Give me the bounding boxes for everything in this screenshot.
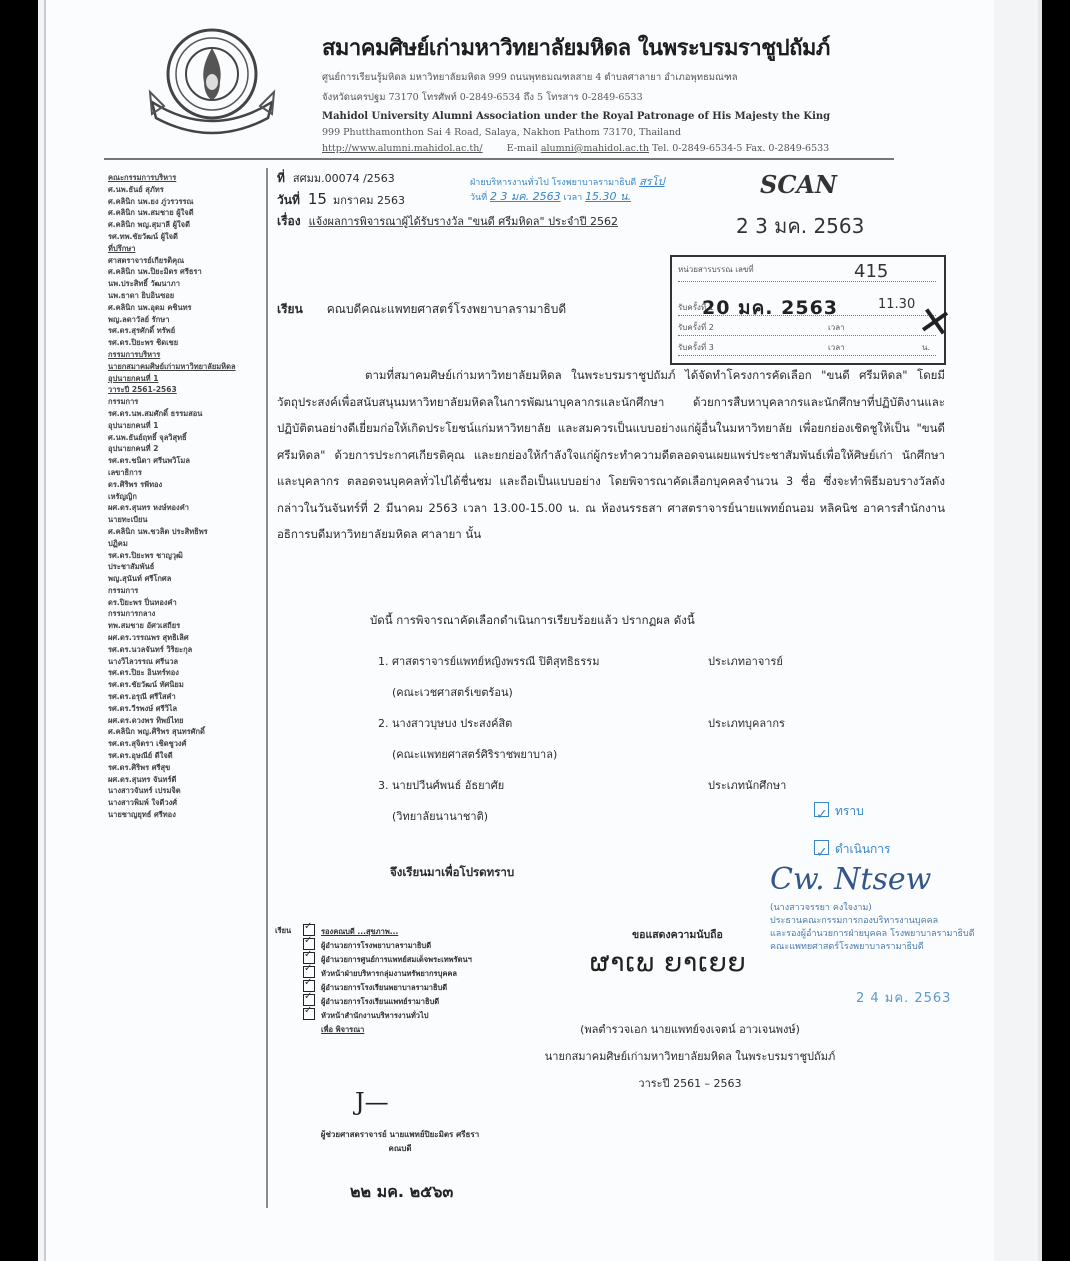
header-divider bbox=[104, 158, 894, 160]
address-th-1: ศูนย์การเรียนรู้มหิดล มหาวิทยาลัยมหิดล 9… bbox=[322, 70, 922, 85]
respect-line: ขอแสดงความนับถือ bbox=[632, 926, 723, 943]
dean-date: ๒๒ มค. ๒๕๖๓ bbox=[350, 1180, 453, 1205]
subject-label: เรื่อง bbox=[277, 214, 301, 228]
sidebar-committee-entry: กรรมการบริหาร bbox=[108, 349, 268, 361]
awardee-item: 2. นางสาวบุษบง ประสงค์สิต(คณะแพทยศาสตร์ศ… bbox=[378, 708, 878, 770]
president-signature: ຜາເພ ຍາເຍຍ bbox=[590, 948, 747, 978]
receive-stamp-date: 2 3 มค. 2563 bbox=[490, 190, 561, 203]
awardee-category: ประเภทอาจารย์ bbox=[708, 646, 783, 677]
sidebar-committee-entry: รศ.ดร.อรุณี ศรีใสคำ bbox=[108, 691, 268, 703]
ack-option-acknowledge[interactable]: ทราบ bbox=[814, 792, 891, 830]
box-title: หน่วยสารบรรณ เลขที่ bbox=[678, 265, 754, 274]
dean-title-line1: ผู้ช่วยศาสตราจารย์ นายแพทย์ปิยะมิตร ศรีธ… bbox=[300, 1128, 500, 1142]
ack-signer-block: (นางสาวจรรยา คงใจงาม) ประธานคณะกรรมการกอ… bbox=[770, 902, 975, 954]
box-row1-date: 20 มค. 2563 bbox=[702, 293, 838, 323]
results-intro: บัดนี้ การพิจารณาคัดเลือกดำเนินการเรียบร… bbox=[370, 612, 695, 630]
box-row2-time-label: เวลา bbox=[828, 321, 845, 334]
tel-fax: Tel. 0-2849-6534-5 Fax. 0-2849-6533 bbox=[652, 143, 829, 154]
sidebar-committee-entry: รศ.ดร.สุรศักดิ์ ทรัพย์ bbox=[108, 325, 268, 337]
routing-item[interactable]: หัวหน้าฝ่ายบริหารกลุ่มงานทรัพยากรบุคคล bbox=[303, 966, 563, 980]
receive-date-label: วันที่ bbox=[470, 193, 487, 203]
sidebar-committee-entry: กรรมการกลาง bbox=[108, 608, 268, 620]
awardee-name: 2. นางสาวบุษบง ประสงค์สิต bbox=[378, 708, 512, 739]
sidebar-committee-entry: ศ.คลินิก พญ.สุมาลี ผู้ใจดี bbox=[108, 219, 268, 231]
awardee-department: (คณะเวชศาสตร์เขตร้อน) bbox=[392, 677, 513, 708]
sidebar-committee-entry: นางวิไลวรรณ ศรีนวล bbox=[108, 656, 268, 668]
dean-title-line2: คณบดี bbox=[300, 1142, 500, 1156]
routing-item[interactable]: ผู้อำนวยการโรงเรียนพยาบาลรามาธิบดี bbox=[303, 980, 563, 994]
sidebar-committee-entry: เลขาธิการ bbox=[108, 467, 268, 479]
sidebar-committee-entry: รศ.ดร.ศิริพร ศรีสุข bbox=[108, 762, 268, 774]
sidebar-divider bbox=[266, 168, 268, 1208]
sidebar-committee-entry: ศ.คลินิก นพ.สมชาย ผู้ใจดี bbox=[108, 207, 268, 219]
sidebar-committee-entry: รศ.ดร.สุจิตรา เชิดชูวงศ์ bbox=[108, 738, 268, 750]
sidebar-committee-entry: รศ.ดร.ปิยะ อินทร์ทอง bbox=[108, 667, 268, 679]
website-link[interactable]: http://www.alumni.mahidol.ac.th/ bbox=[322, 143, 483, 154]
awardee-category: ประเภทบุคลากร bbox=[708, 708, 785, 739]
address-th-2: จังหวัดนครปฐม 73170 โทรศัพท์ 0-2849-6534… bbox=[322, 90, 922, 105]
awardee-category: ประเภทนักศึกษา bbox=[708, 770, 786, 801]
committee-sidebar: คณะกรรมการบริหารศ.นพ.ธันย์ สุภัทรศ.คลินิ… bbox=[108, 172, 268, 821]
awardee-name: 1. ศาสตราจารย์แพทย์หญิงพรรณี ปิติสุทธิธร… bbox=[378, 646, 599, 677]
sidebar-committee-entry: นพ.ประสิทธิ์ วัฒนาภา bbox=[108, 278, 268, 290]
sidebar-committee-entry: คณะกรรมการบริหาร bbox=[108, 172, 268, 184]
sidebar-committee-entry: ที่ปรึกษา bbox=[108, 243, 268, 255]
university-seal-logo bbox=[142, 22, 282, 142]
subject-value: แจ้งผลการพิจารณาผู้ได้รับรางวัล "ขนดี ศร… bbox=[309, 215, 618, 228]
sidebar-committee-entry: ดร.ปิยะพร ปิ่นทองคำ bbox=[108, 597, 268, 609]
sidebar-committee-entry: กรรมการ bbox=[108, 585, 268, 597]
sidebar-committee-entry: นายชาญยุทธ์ ศรีทอง bbox=[108, 809, 268, 821]
sidebar-committee-entry: รศ.ดร.ปิยะพร ชาญวุฒิ bbox=[108, 550, 268, 562]
receive-stamp-time: 15.30 น. bbox=[585, 190, 631, 203]
awardee-item: 3. นายปวีนศ์พนธ์ อัธยาศัย(วิทยาลัยนานาชา… bbox=[378, 770, 878, 832]
receive-stamp-no: สรโป bbox=[639, 175, 665, 188]
sidebar-committee-entry: อุปนายกคนที่ 1 bbox=[108, 373, 268, 385]
sidebar-committee-entry: ปฏิคม bbox=[108, 538, 268, 550]
routing-item[interactable]: ผู้อำนวยการศูนย์การแพทย์สมเด็จพระเทพรัตน… bbox=[303, 952, 563, 966]
routing-item[interactable]: ผู้อำนวยการโรงเรียนแพทย์รามาธิบดี bbox=[303, 994, 563, 1008]
email-link[interactable]: alumni@mahidol.ac.th bbox=[541, 143, 649, 154]
date-label: วันที่ bbox=[277, 193, 300, 207]
sidebar-committee-entry: พญ.สุนันท์ ศรีโกศล bbox=[108, 573, 268, 585]
box-number: 415 bbox=[854, 261, 888, 282]
scan-date: 2 3 มค. 2563 bbox=[736, 210, 864, 242]
ack-signer-line3: คณะแพทยศาสตร์โรงพยาบาลรามาธิบดี bbox=[770, 941, 975, 954]
routing-item[interactable]: หัวหน้าสำนักงานบริหารงานทั่วไป bbox=[303, 1008, 563, 1022]
box-row2-label: รับครั้งที่ 2 bbox=[678, 323, 714, 332]
checkbox-checked-icon bbox=[814, 840, 829, 855]
sidebar-committee-entry: นพ.ธาดา ยิบอินซอย bbox=[108, 290, 268, 302]
routing-item-label: ผู้อำนวยการโรงเรียนแพทย์รามาธิบดี bbox=[321, 997, 439, 1006]
sidebar-committee-entry: รศ.ทพ.ชัยวัฒน์ ผู้ใจดี bbox=[108, 231, 268, 243]
sidebar-committee-entry: ผศ.ดร.สุนทร หงษ์ทองคำ bbox=[108, 502, 268, 514]
address-en: 999 Phutthamonthon Sai 4 Road, Salaya, N… bbox=[322, 127, 922, 138]
routing-item-label: เพื่อ พิจารณา bbox=[321, 1025, 364, 1034]
routing-label: เรียน bbox=[275, 924, 291, 937]
sidebar-committee-entry: ศ.นพ.ธันย์ สุภัทร bbox=[108, 184, 268, 196]
sidebar-committee-entry: รศ.ดร.นพ.สมศักดิ์ ธรรมสอน bbox=[108, 408, 268, 420]
checkbox-checked-icon bbox=[814, 802, 829, 817]
awardee-name: 3. นายปวีนศ์พนธ์ อัธยาศัย bbox=[378, 770, 504, 801]
to-value: คณบดีคณะแพทยศาสตร์โรงพยาบาลรามาธิบดี bbox=[327, 302, 566, 316]
sidebar-committee-entry: รศ.ดร.ชัยวัฒน์ ทัศนิยม bbox=[108, 679, 268, 691]
contact-line: http://www.alumni.mahidol.ac.th/ E-mail … bbox=[322, 143, 922, 154]
routing-item[interactable]: ผู้อำนวยการโรงพยาบาลรามาธิบดี bbox=[303, 938, 563, 952]
dean-title-block: ผู้ช่วยศาสตราจารย์ นายแพทย์ปิยะมิตร ศรีธ… bbox=[300, 1128, 500, 1156]
president-title: นายกสมาคมศิษย์เก่ามหาวิทยาลัยมหิดล ในพระ… bbox=[470, 1043, 910, 1070]
date-day: 15 bbox=[308, 190, 327, 208]
awardee-department: (คณะแพทยศาสตร์ศิริราชพยาบาล) bbox=[392, 739, 557, 770]
org-name-en: Mahidol University Alumni Association un… bbox=[322, 111, 922, 122]
ack-signer-line1: ประธานคณะกรรมการกองบริหารงานบุคคล bbox=[770, 915, 975, 928]
routing-item-label: หัวหน้าสำนักงานบริหารงานทั่วไป bbox=[321, 1011, 429, 1020]
dean-initial-signature: J— bbox=[355, 1088, 389, 1116]
sidebar-committee-entry: นางสาวพิมพ์ ใจดีวงศ์ bbox=[108, 797, 268, 809]
routing-list: รองคณบดี ...สุขภาพ...ผู้อำนวยการโรงพยาบา… bbox=[303, 924, 563, 1036]
ref-no-label: ที่ bbox=[277, 171, 285, 185]
sidebar-committee-entry: ศ.นพ.ธันย์ฤทธิ์ จุลวิสุทธิ์ bbox=[108, 432, 268, 444]
ack-date: 2 4 มค. 2563 bbox=[856, 987, 951, 1008]
sidebar-committee-entry: รศ.ดร.อุษณีย์ ดีใจดี bbox=[108, 750, 268, 762]
ack-signer-name: (นางสาวจรรยา คงใจงาม) bbox=[770, 902, 975, 915]
routing-item-label: ผู้อำนวยการโรงพยาบาลรามาธิบดี bbox=[321, 941, 431, 950]
routing-item[interactable]: เพื่อ พิจารณา bbox=[303, 1022, 563, 1036]
sidebar-committee-entry: อุปนายกคนที่ 2 bbox=[108, 443, 268, 455]
routing-item[interactable]: รองคณบดี ...สุขภาพ... bbox=[303, 924, 563, 938]
sidebar-committee-entry: ทพ.สมชาย อัศวเสถียร bbox=[108, 620, 268, 632]
ack-signer-line2: และรองผู้อำนวยการฝ่ายบุคคล โรงพยาบาลรามา… bbox=[770, 928, 975, 941]
routing-item-label: ผู้อำนวยการศูนย์การแพทย์สมเด็จพระเทพรัตน… bbox=[321, 955, 472, 964]
letterhead: สมาคมศิษย์เก่ามหาวิทยาลัยมหิดล ในพระบรมร… bbox=[322, 30, 922, 154]
date-rest: มกราคม 2563 bbox=[333, 194, 405, 207]
body-paragraph: ตามที่สมาคมศิษย์เก่ามหาวิทยาลัยมหิดล ในพ… bbox=[277, 362, 945, 548]
sidebar-committee-entry: รศ.ดร.นวลจันทร์ วิริยะกุล bbox=[108, 644, 268, 656]
ack-signature: Cw. Ntsew bbox=[770, 862, 931, 897]
sidebar-committee-entry: ศ.คลินิก นพ.ยง ภู่วรวรรณ bbox=[108, 196, 268, 208]
sidebar-committee-entry: รศ.ดร.ชนิดา ศรีนพวิโมล bbox=[108, 455, 268, 467]
sidebar-committee-entry: รศ.ดร.ปิยะพร ชิดเชย bbox=[108, 337, 268, 349]
box-row3-time-label: เวลา bbox=[828, 341, 845, 354]
receive-stamp-title: ฝ่ายบริหารงานทั่วไป โรงพยาบาลรามาธิบดี bbox=[470, 178, 636, 188]
checkbox-checked-icon[interactable] bbox=[303, 1008, 315, 1020]
sidebar-committee-entry: ศ.คลินิก นพ.อุดม คชินทร bbox=[108, 302, 268, 314]
awardee-list: 1. ศาสตราจารย์แพทย์หญิงพรรณี ปิติสุทธิธร… bbox=[378, 646, 878, 832]
routing-item-label: ผู้อำนวยการโรงเรียนพยาบาลรามาธิบดี bbox=[321, 983, 447, 992]
routing-item-label: หัวหน้าฝ่ายบริหารกลุ่มงานทรัพยากรบุคคล bbox=[321, 969, 457, 978]
box-row3-label: รับครั้งที่ 3 bbox=[678, 343, 714, 352]
sidebar-committee-entry: พญ.ลดาวัลย์ รักษา bbox=[108, 314, 268, 326]
president-term: วาระปี 2561 – 2563 bbox=[470, 1070, 910, 1097]
page-edge bbox=[1038, 0, 1042, 1261]
to-label: เรียน bbox=[277, 302, 303, 316]
sidebar-committee-entry: นายทะเบียน bbox=[108, 514, 268, 526]
sidebar-committee-entry: รศ.ดร.วีรพงษ์ ศรีวิไล bbox=[108, 703, 268, 715]
ref-no-value: สศมม.00074 /2563 bbox=[293, 172, 395, 185]
sidebar-committee-entry: ผศ.ดร.สุนทร จันทร์ดี bbox=[108, 774, 268, 786]
receive-stamp-blue: ฝ่ายบริหารงานทั่วไป โรงพยาบาลรามาธิบดี ส… bbox=[470, 175, 665, 205]
sidebar-committee-entry: ศาสตราจารย์เกียรติคุณ bbox=[108, 255, 268, 267]
org-name-th: สมาคมศิษย์เก่ามหาวิทยาลัยมหิดล ในพระบรมร… bbox=[322, 30, 922, 65]
registry-receive-box: หน่วยสารบรรณ เลขที่415 รับครั้งที่ 120 ม… bbox=[670, 255, 946, 365]
email-label: E-mail bbox=[507, 143, 538, 154]
awardee-item: 1. ศาสตราจารย์แพทย์หญิงพรรณี ปิติสุทธิธร… bbox=[378, 646, 878, 708]
sidebar-committee-entry: วาระปี 2561-2563 bbox=[108, 384, 268, 396]
routing-item-label: รองคณบดี ...สุขภาพ... bbox=[321, 927, 398, 936]
sidebar-committee-entry: ศ.คลินิก พญ.ศิริพร สุนทรศักดิ์ bbox=[108, 726, 268, 738]
sidebar-committee-entry: ศ.คลินิก นพ.ชวลิต ประสิทธิพร bbox=[108, 526, 268, 538]
sidebar-committee-entry: กรรมการ bbox=[108, 396, 268, 408]
sidebar-committee-entry: ผศ.ดร.ดวงพร ทิพย์ไทย bbox=[108, 715, 268, 727]
sidebar-committee-entry: เหรัญญิก bbox=[108, 491, 268, 503]
acknowledgement-options: ทราบ ดำเนินการ bbox=[814, 792, 891, 868]
sidebar-committee-entry: นายกสมาคมศิษย์เก่ามหาวิทยาลัยมหิดล bbox=[108, 361, 268, 373]
sidebar-committee-entry: ศ.คลินิก นพ.ปิยะมิตร ศรีธรา bbox=[108, 266, 268, 278]
sidebar-committee-entry: นางสาวจันทร์ เปรมจิต bbox=[108, 785, 268, 797]
scan-stamp: SCAN bbox=[760, 170, 837, 199]
box-row1-time: 11.30 bbox=[878, 297, 915, 312]
sidebar-committee-entry: ดร.ศิริพร รพีทอง bbox=[108, 479, 268, 491]
awardee-department: (วิทยาลัยนานาชาติ) bbox=[392, 801, 488, 832]
closing-line: จึงเรียนมาเพื่อโปรดทราบ bbox=[390, 864, 514, 882]
receive-time-label: เวลา bbox=[563, 193, 582, 203]
sidebar-committee-entry: ผศ.ดร.วรรณพร สุทธิเลิศ bbox=[108, 632, 268, 644]
letter-body: ตามที่สมาคมศิษย์เก่ามหาวิทยาลัยมหิดล ในพ… bbox=[277, 362, 945, 548]
sidebar-committee-entry: ประชาสัมพันธ์ bbox=[108, 561, 268, 573]
recipient-line: เรียนคณบดีคณะแพทยศาสตร์โรงพยาบาลรามาธิบด… bbox=[277, 300, 566, 319]
sidebar-committee-entry: อุปนายกคนที่ 1 bbox=[108, 420, 268, 432]
